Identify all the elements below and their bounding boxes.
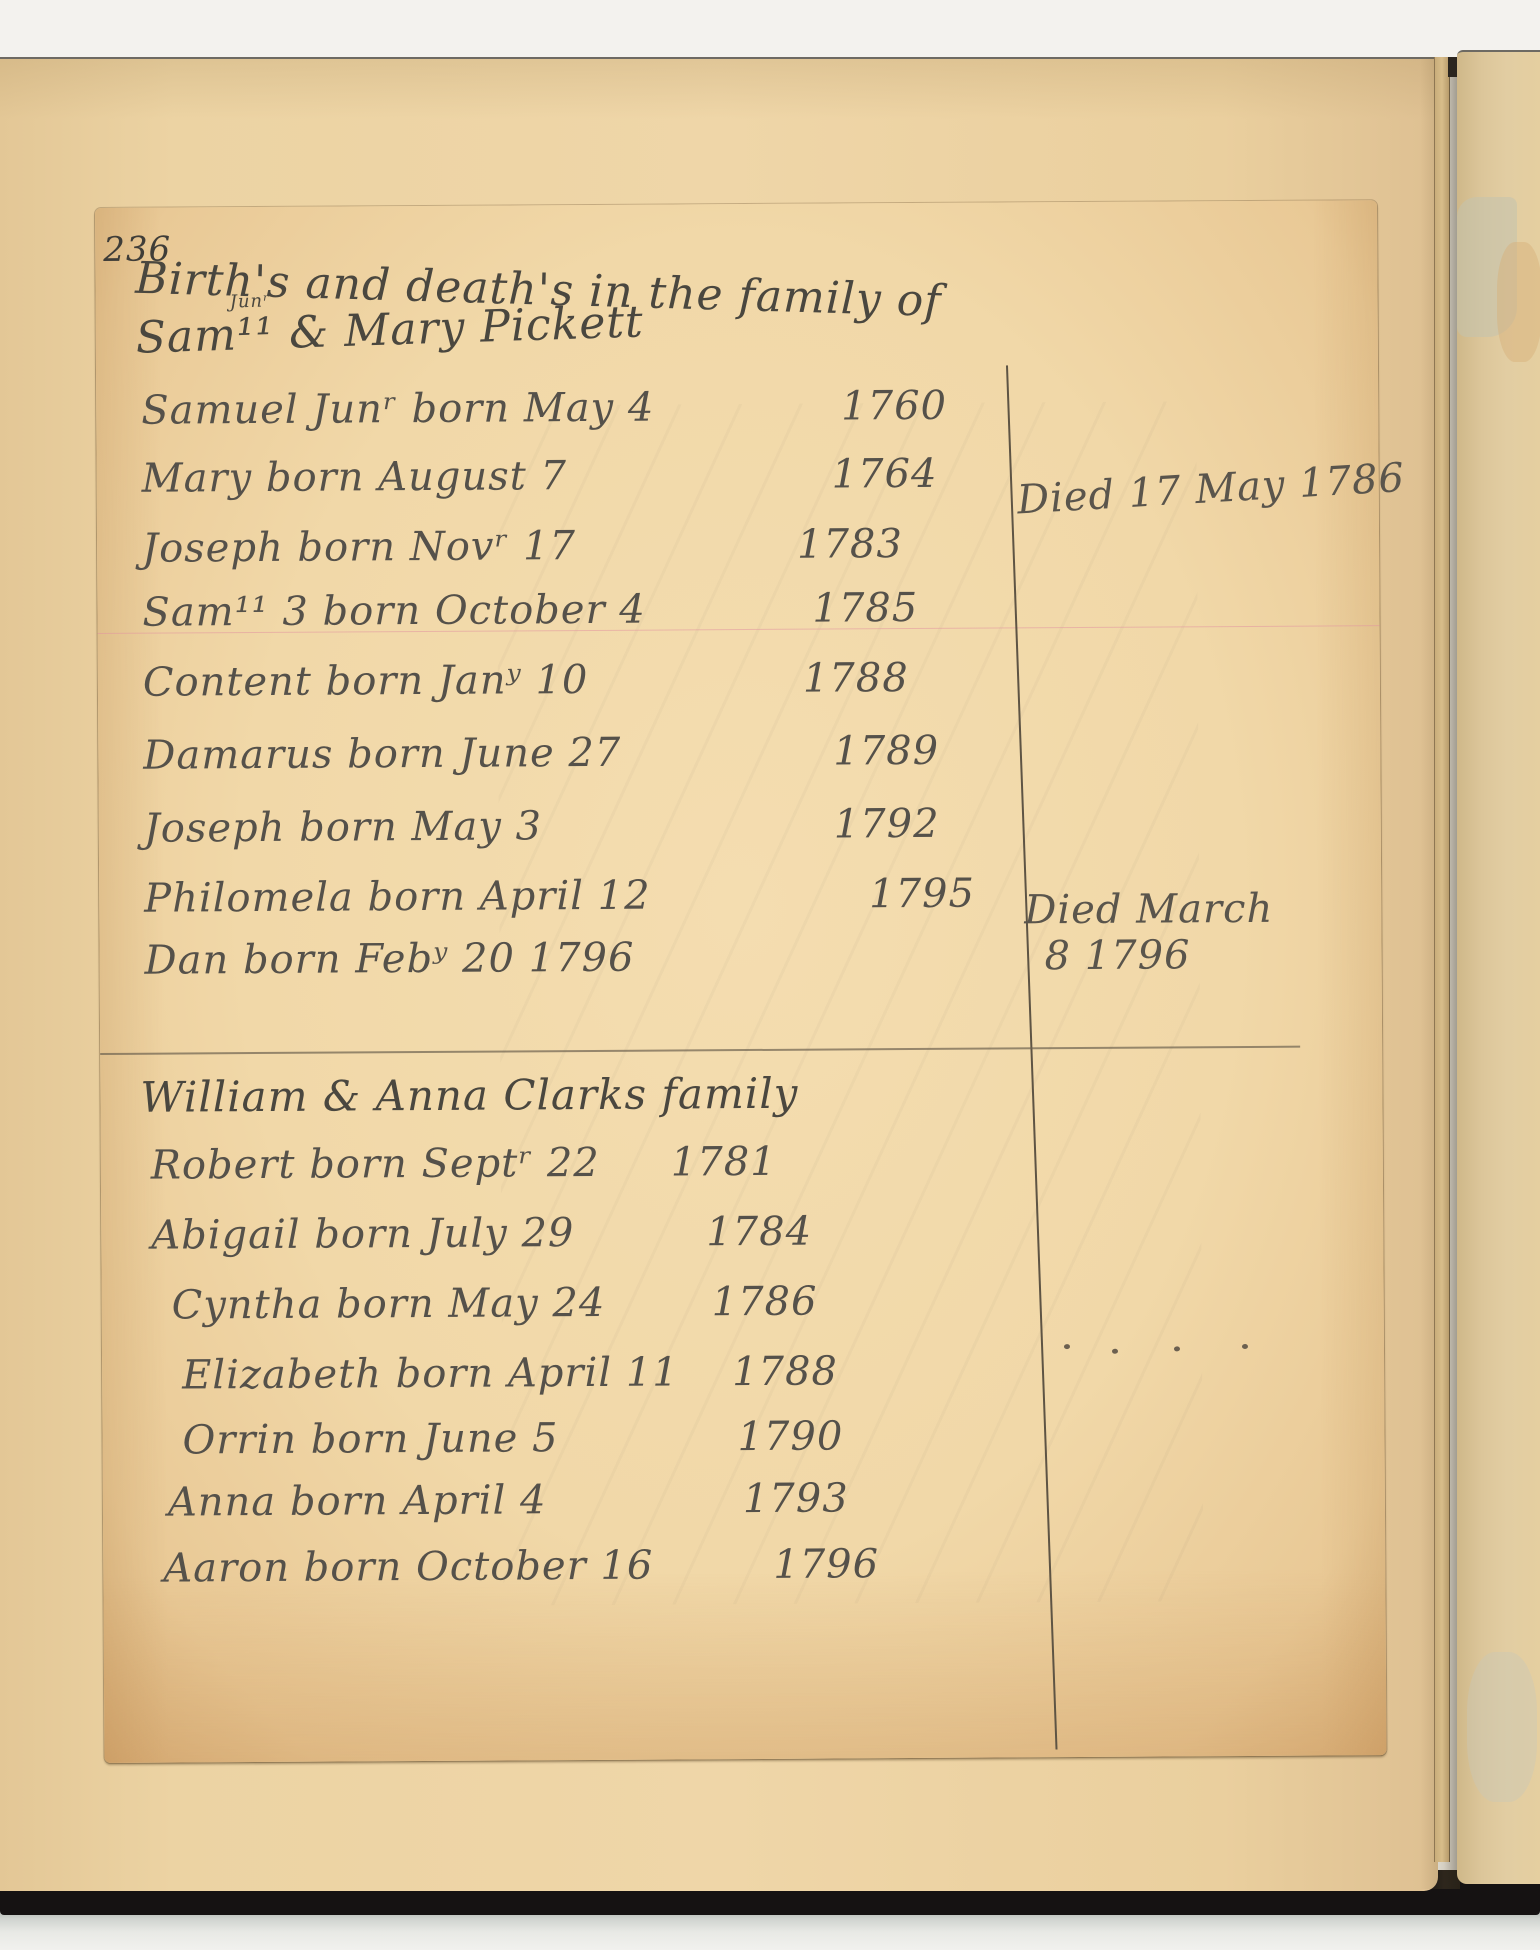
entry-text: Abigail born July 29 xyxy=(151,1210,574,1259)
album-right-page xyxy=(1457,50,1540,1884)
record-heading-names: Junʳ Sam¹¹ & Mary Pickett xyxy=(135,296,644,363)
entry-year: 1781 xyxy=(671,1139,777,1186)
entry-text: Elizabeth born April 11 xyxy=(182,1349,679,1398)
entry-text: Cyntha born May 24 xyxy=(172,1280,606,1329)
section-divider xyxy=(100,1046,1300,1055)
birth-entry: Joseph born Novʳ 17 1783 xyxy=(142,523,576,572)
entry-text: Damarus born June 27 xyxy=(143,730,621,779)
manuscript-sheet: 236 Birth's and death's in the family of… xyxy=(95,200,1386,1763)
birth-entry: Content born Janʸ 10 1788 xyxy=(143,657,589,706)
entry-text: Sam¹¹ 3 born October 4 xyxy=(142,587,646,636)
entry-text: Anna born April 4 xyxy=(168,1477,547,1525)
death-note: Died 17 May 1786 xyxy=(1016,455,1406,524)
birth-entry: Anna born April 4 1793 xyxy=(168,1477,547,1525)
foxing-stain xyxy=(1497,242,1540,362)
entry-year: 1788 xyxy=(803,655,909,702)
birth-entry: Joseph born May 3 1792 xyxy=(144,803,543,851)
heading-superscript: Junʳ xyxy=(229,290,270,312)
entry-year: 1789 xyxy=(833,728,939,775)
birth-entry: Damarus born June 27 1789 xyxy=(143,730,621,779)
death-note-line: 8 1796 xyxy=(1044,932,1273,979)
bleed-through-text xyxy=(496,401,1203,1605)
death-note: Died March 8 1796 xyxy=(1024,886,1274,980)
birth-entry: Abigail born July 29 1784 xyxy=(151,1210,574,1259)
entry-text: Mary born August 7 xyxy=(142,453,568,502)
heading-names-text: Sam¹¹ & Mary Pickett xyxy=(135,296,644,363)
scanned-album-spread: 236 Birth's and death's in the family of… xyxy=(0,0,1540,1950)
birth-entry: Elizabeth born April 11 1788 xyxy=(182,1349,679,1398)
entry-year: 1786 xyxy=(712,1279,818,1326)
ink-speck xyxy=(1112,1349,1118,1354)
entry-text: Philomela born April 12 xyxy=(144,873,651,922)
entry-text: Samuel Junʳ born May 4 xyxy=(141,385,654,434)
entry-year: 1793 xyxy=(743,1475,849,1522)
birth-entry: Cyntha born May 24 1786 xyxy=(172,1280,606,1329)
entry-text: Aaron born October 16 xyxy=(163,1543,653,1592)
birth-entry: Samuel Junʳ born May 4 1760 xyxy=(141,385,654,434)
entry-year: 1783 xyxy=(797,521,903,568)
entry-year: 1760 xyxy=(841,383,947,430)
birth-entry: Robert born Septʳ 22 1781 xyxy=(151,1140,600,1189)
entry-year: 1784 xyxy=(706,1209,812,1256)
entry-year: 1790 xyxy=(737,1413,843,1460)
entry-text: Orrin born June 5 xyxy=(182,1415,558,1463)
entry-year: 1764 xyxy=(832,451,938,498)
clark-family-heading: William & Anna Clarks family xyxy=(140,1069,798,1122)
birth-entry: Aaron born October 16 1796 xyxy=(163,1543,653,1592)
entry-year: 1785 xyxy=(812,585,918,632)
birth-entry: Philomela born April 12 1795 xyxy=(144,873,651,922)
entry-year: 1792 xyxy=(834,801,940,848)
entry-year: 1795 xyxy=(869,871,975,918)
birth-entry: Sam¹¹ 3 born October 4 1785 xyxy=(142,587,646,636)
entry-text: Joseph born May 3 xyxy=(144,803,543,851)
column-divider xyxy=(1006,365,1057,1749)
gutter-fold xyxy=(1434,57,1450,1862)
birth-entry: Dan born Febʸ 20 1796 xyxy=(144,935,634,984)
water-stain xyxy=(1467,1652,1537,1802)
ink-speck xyxy=(1064,1344,1070,1349)
entry-year: 1788 xyxy=(732,1348,838,1395)
entry-text: Joseph born Novʳ 17 xyxy=(142,523,576,572)
birth-entry: Mary born August 7 1764 xyxy=(142,453,568,502)
death-note-line: Died March xyxy=(1024,886,1273,934)
entry-year: 1796 xyxy=(773,1541,879,1588)
entry-text: Robert born Septʳ 22 xyxy=(151,1140,600,1189)
entry-text: Content born Janʸ 10 xyxy=(143,657,589,706)
ink-speck xyxy=(1242,1344,1248,1349)
birth-entry: Orrin born June 5 1790 xyxy=(182,1415,558,1463)
ink-speck xyxy=(1174,1346,1180,1351)
entry-text: Dan born Febʸ 20 1796 xyxy=(144,935,634,984)
